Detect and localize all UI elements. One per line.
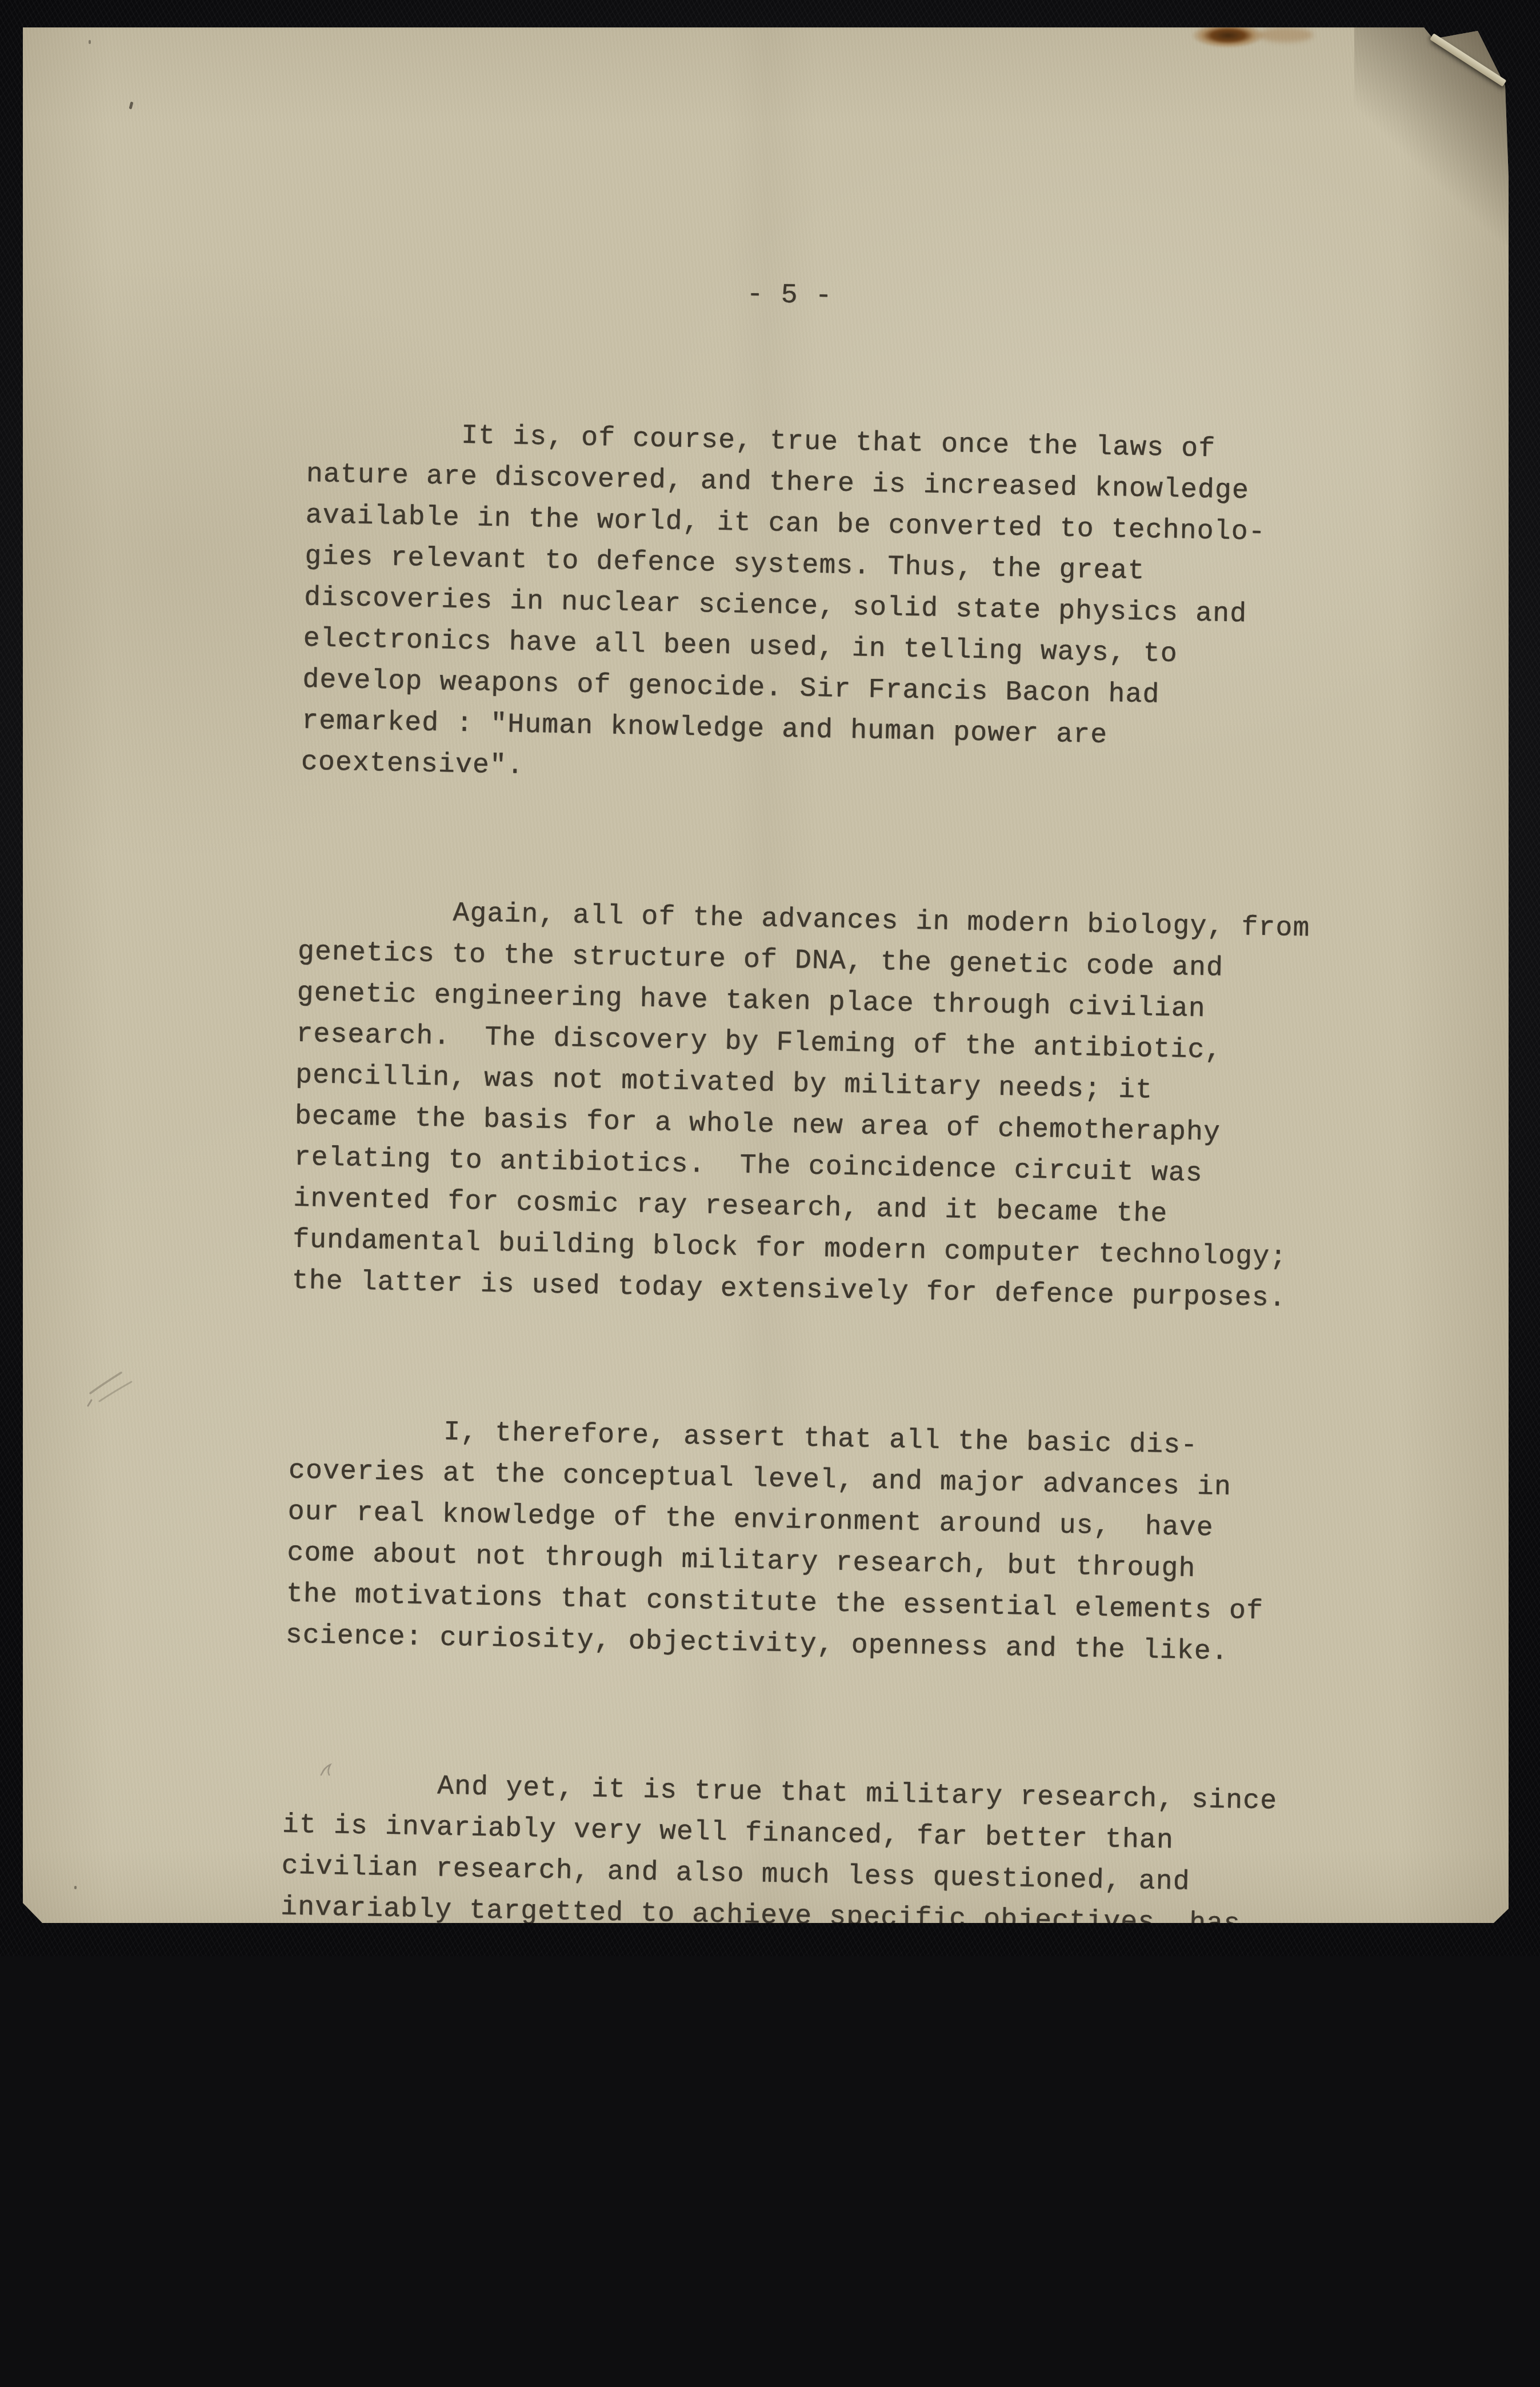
page-curl-shadow xyxy=(1354,27,1509,245)
paragraph-3: I, therefore, assert that all the basic … xyxy=(285,1409,1352,1675)
paragraph-1: It is, of course, true that once the law… xyxy=(301,413,1370,802)
paper-speck xyxy=(74,1886,77,1889)
rust-stain-smear xyxy=(1258,27,1313,42)
paper-speck xyxy=(89,40,91,44)
page-number: - 5 - xyxy=(309,266,1373,326)
typed-text-block: - 5 - It is, of course, true that once t… xyxy=(273,184,1374,1956)
paragraph-2: Again, all of the advances in modern bio… xyxy=(291,890,1362,1321)
pencil-scribble xyxy=(86,1360,171,1412)
ink-speck xyxy=(129,102,134,110)
document-page: - 5 - It is, of course, true that once t… xyxy=(23,27,1509,1923)
